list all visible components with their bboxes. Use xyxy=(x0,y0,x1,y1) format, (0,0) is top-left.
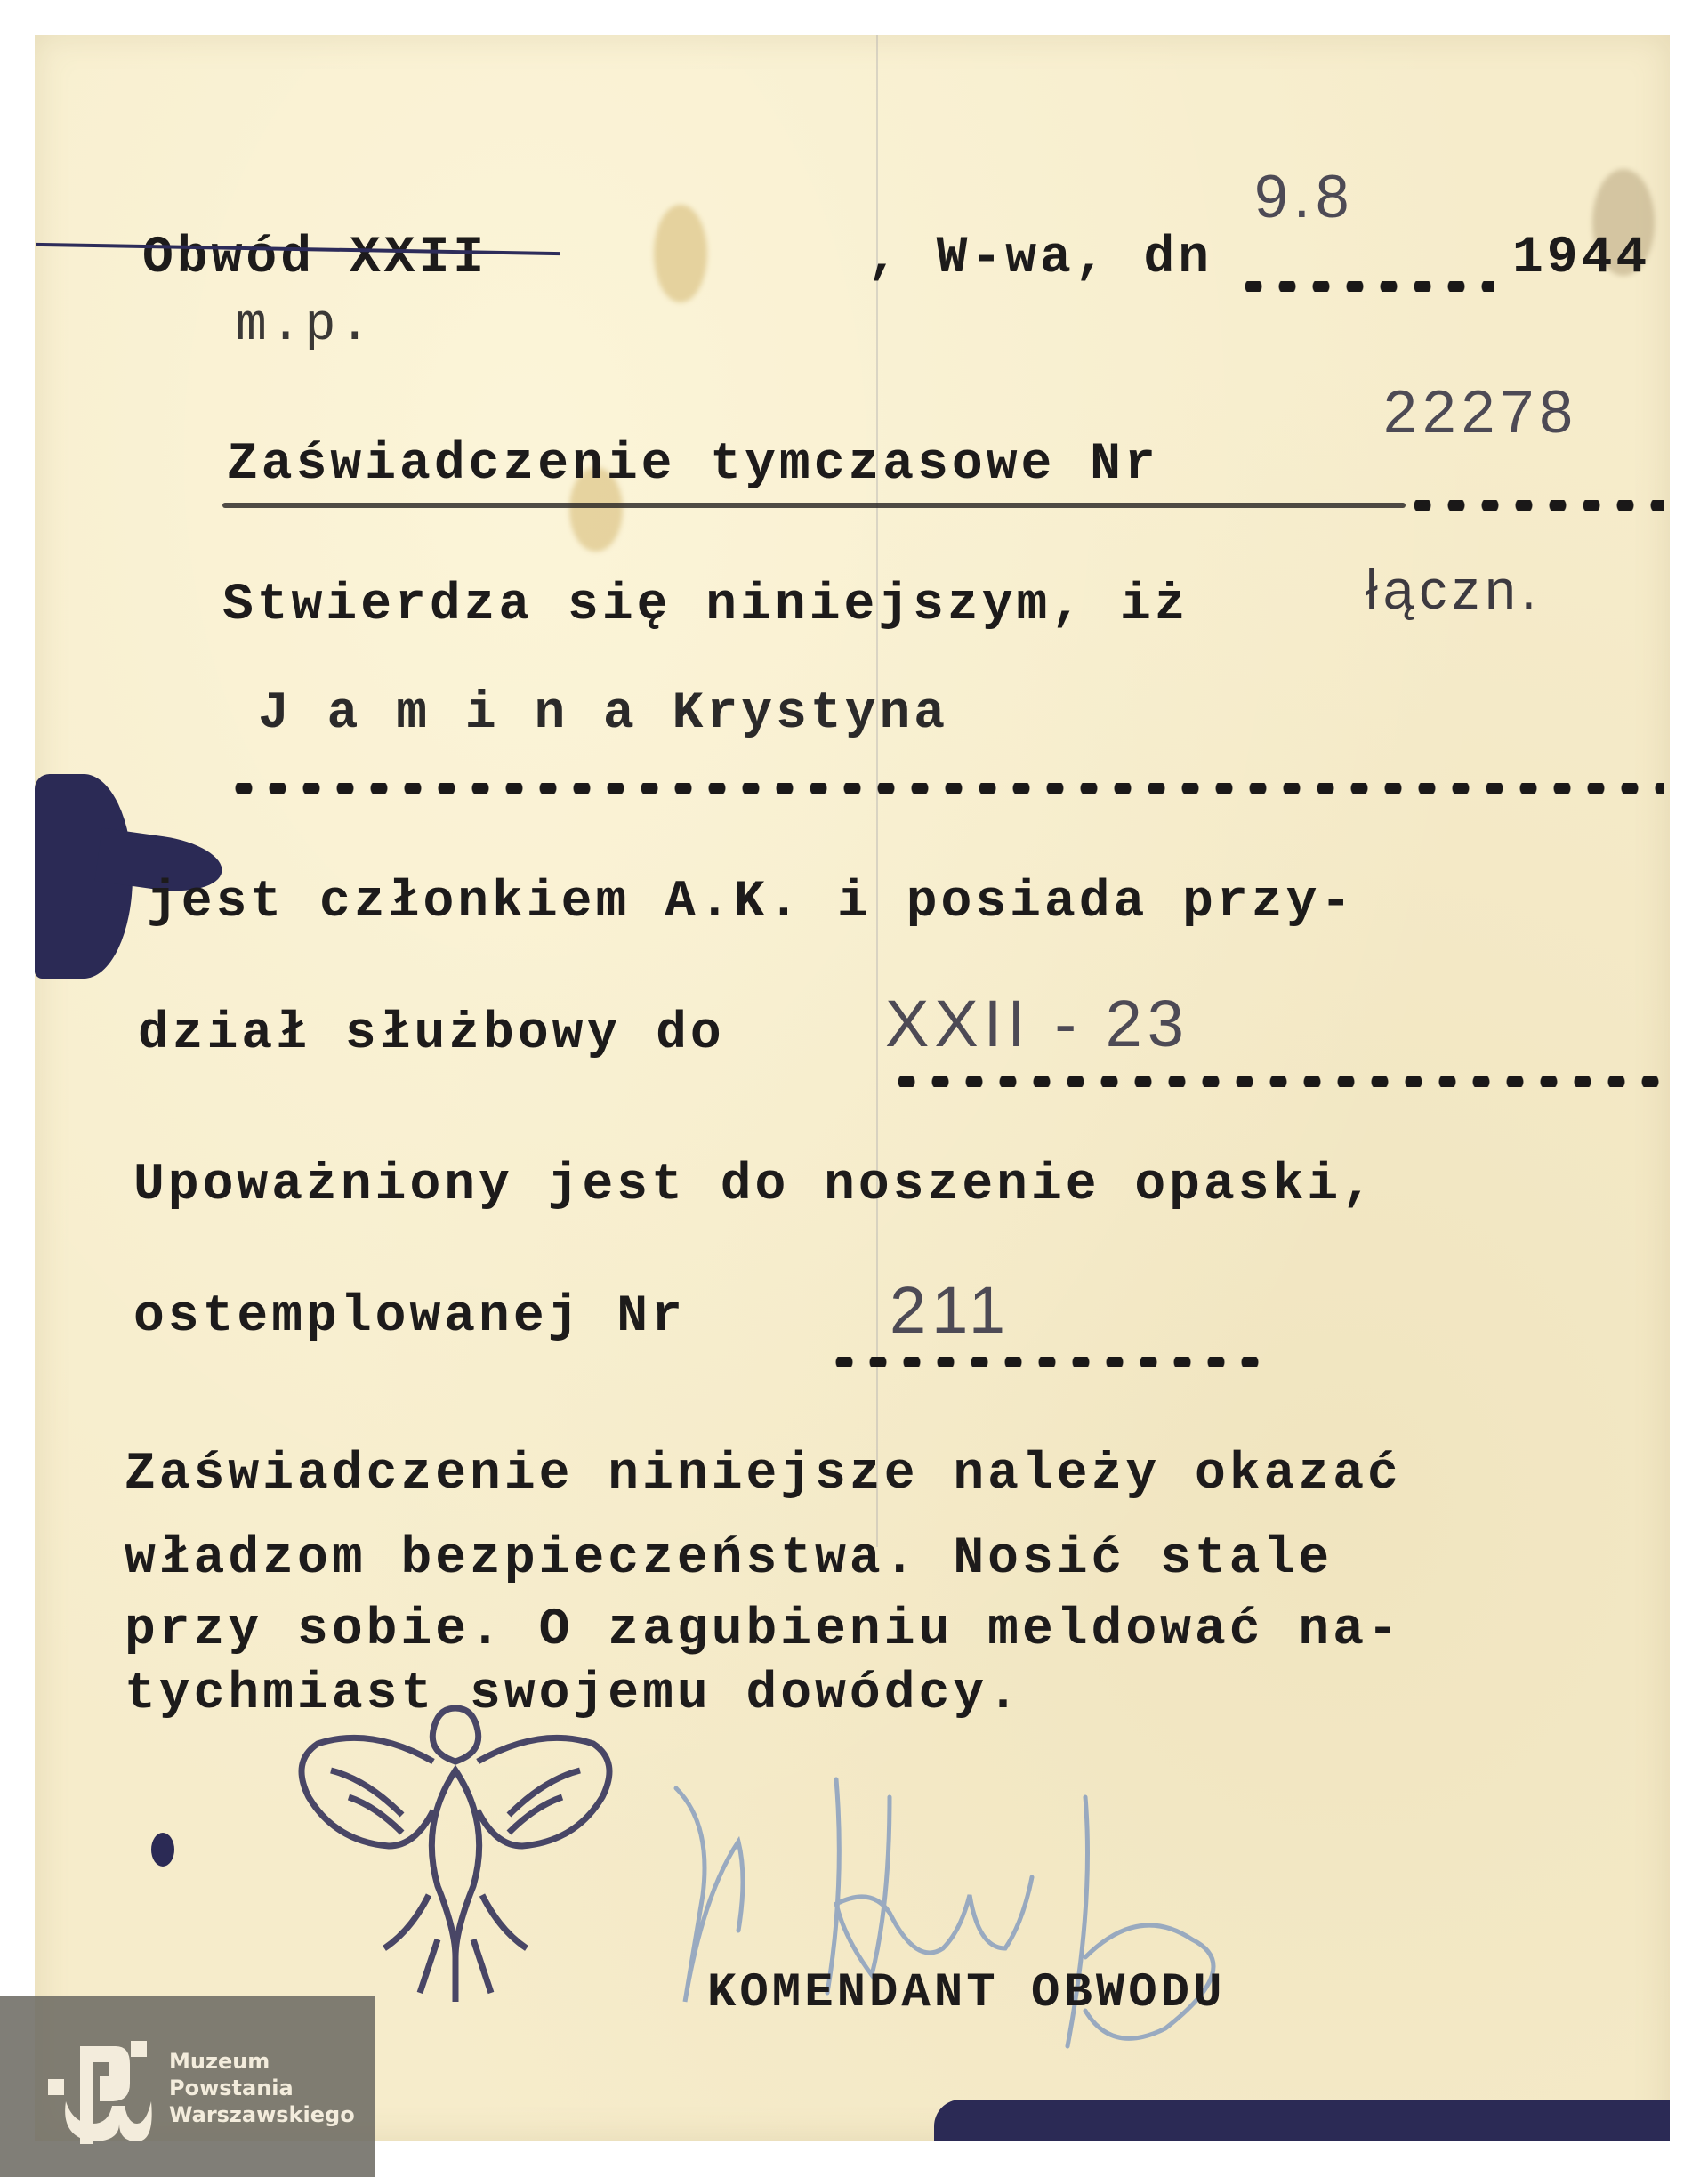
membership-line: jest członkiem A.K. i posiada przy- xyxy=(147,874,1355,931)
eagle-stamp-icon xyxy=(278,1673,633,2011)
torn-edge xyxy=(934,2100,1670,2141)
member-name: J a m i n a Krystyna xyxy=(258,685,948,743)
notice-line-3: przy sobie. O zagubieniu meldować na- xyxy=(125,1601,1402,1659)
name-dots xyxy=(227,783,1664,794)
armband-dots xyxy=(827,1357,1263,1367)
handwritten-date: 9.8 xyxy=(1254,162,1355,231)
title-number-dots xyxy=(1406,500,1664,511)
assignment-value: XXII - 23 xyxy=(885,986,1189,1061)
struck-unit-text: Obwód XXII xyxy=(142,230,487,287)
kotwica-anchor-icon xyxy=(46,2039,153,2146)
notice-line-1: Zaświadczenie niniejsze należy okazać xyxy=(125,1446,1402,1504)
date-dots xyxy=(1237,281,1494,292)
certificate-number-handwritten: 22278 xyxy=(1383,377,1578,447)
year-text: 1944 xyxy=(1512,230,1650,287)
stamped-prefix: ostemplowanej Nr xyxy=(133,1288,686,1346)
paper-stain xyxy=(654,205,707,302)
authorization-line: Upoważniony jest do noszenie opaski, xyxy=(133,1157,1376,1214)
place-date-prefix: , W-wa, dn xyxy=(867,230,1213,287)
museum-name-line3: Warszawskiego xyxy=(169,2101,355,2128)
statement-line: Stwierdza się niniejszym, iż xyxy=(222,577,1189,634)
notice-line-2: władzom bezpieczeństwa. Nosić stale xyxy=(125,1530,1333,1588)
certificate-title: Zaświadczenie tymczasowe Nr xyxy=(227,436,1159,494)
museum-name: Muzeum Powstania Warszawskiego xyxy=(169,2048,355,2128)
museum-watermark: Muzeum Powstania Warszawskiego xyxy=(0,1996,375,2177)
museum-name-line1: Muzeum xyxy=(169,2048,355,2075)
ink-dot xyxy=(151,1833,174,1867)
museum-name-line2: Powstania xyxy=(169,2075,355,2101)
armband-number: 211 xyxy=(890,1272,1011,1348)
commander-title: KOMENDANT OBWODU xyxy=(707,1966,1225,2020)
mp-text: m.p. xyxy=(236,297,374,355)
signature-pencil xyxy=(658,1762,1406,2082)
assignment-dots xyxy=(890,1076,1664,1087)
title-underline xyxy=(222,503,1406,508)
assignment-prefix: dział służbowy do xyxy=(138,1005,725,1063)
role-annotation: łączn. xyxy=(1366,559,1542,622)
